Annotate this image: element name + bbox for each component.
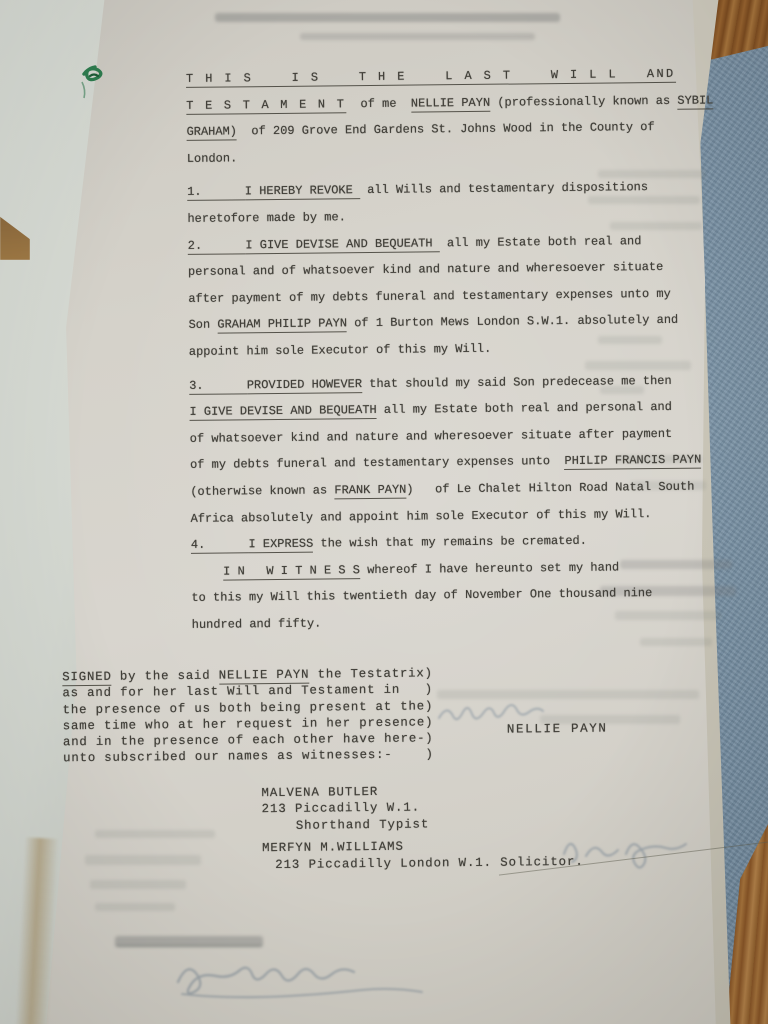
will-title-line3: GRAHAM) of 209 Grove End Gardens St. Joh… (186, 114, 686, 146)
clause-3-line6: Africa absolutely and appoint him sole E… (190, 500, 690, 532)
attestation-clause: SIGNED by the said NELLIE PAYN the Testa… (62, 665, 463, 767)
witnesses-block: MALVENA BUTLER 213 Piccadilly W.1. Short… (261, 782, 583, 873)
will-title-line4: London. (187, 140, 687, 172)
witness-clause-line2: to this my Will this twentieth day of No… (191, 580, 691, 612)
clause-2-line4: Son GRAHAM PHILIP PAYN of 1 Burton Mews … (188, 307, 688, 339)
typed-text-layer: T H I S I S T H E L A S T W I L L AND T … (0, 0, 768, 1024)
testatrix-typed-signature: NELLIE PAYN (507, 722, 608, 737)
witness1-occupation: Shorthand Typist (262, 815, 584, 835)
clause-1-line1: 1. I HEREBY REVOKE all Wills and testame… (187, 174, 687, 206)
clause-2-line5: appoint him sole Executor of this my Wil… (189, 334, 689, 366)
will-body: T H I S I S T H E L A S T W I L L AND T … (186, 61, 692, 639)
witness-clause-line3: hundred and fifty. (192, 607, 692, 639)
attestation-line6: unto subscribed our names as witnesses:-… (63, 747, 463, 767)
